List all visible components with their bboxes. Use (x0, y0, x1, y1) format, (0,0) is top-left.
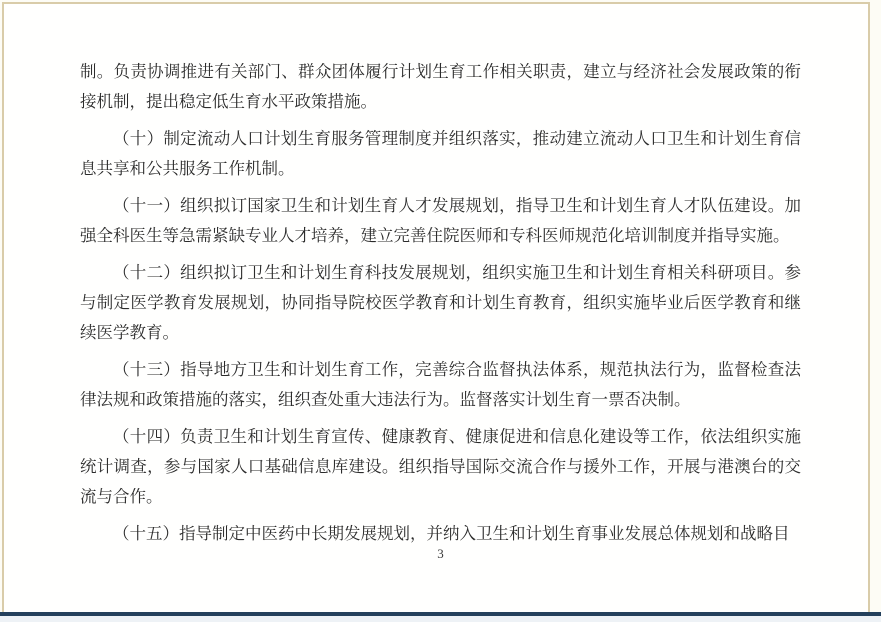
document-body: 制。负责协调推进有关部门、群众团体履行计划生育工作相关职责，建立与经济社会发展政… (80, 57, 801, 556)
page-bottom-strip (0, 616, 881, 622)
paragraph: （十）制定流动人口计划生育服务管理制度并组织落实，推动建立流动人口卫生和计划生育… (80, 124, 801, 184)
paragraph: （十五）指导制定中医药中长期发展规划，并纳入卫生和计划生育事业发展总体规划和战略… (80, 519, 801, 549)
paragraph: （十四）负责卫生和计划生育宣传、健康教育、健康促进和信息化建设等工作，依法组织实… (80, 422, 801, 512)
paragraph: 制。负责协调推进有关部门、群众团体履行计划生育工作相关职责，建立与经济社会发展政… (80, 57, 801, 117)
paragraph: （十三）指导地方卫生和计划生育工作，完善综合监督执法体系，规范执法行为，监督检查… (80, 355, 801, 415)
paragraph: （十二）组织拟订卫生和计划生育科技发展规划，组织实施卫生和计划生育相关科研项目。… (80, 258, 801, 348)
document-page: 制。负责协调推进有关部门、群众团体履行计划生育工作相关职责，建立与经济社会发展政… (0, 0, 881, 622)
page-number: 3 (80, 546, 801, 562)
paragraph: （十一）组织拟订国家卫生和计划生育人才发展规划，指导卫生和计划生育人才队伍建设。… (80, 191, 801, 251)
